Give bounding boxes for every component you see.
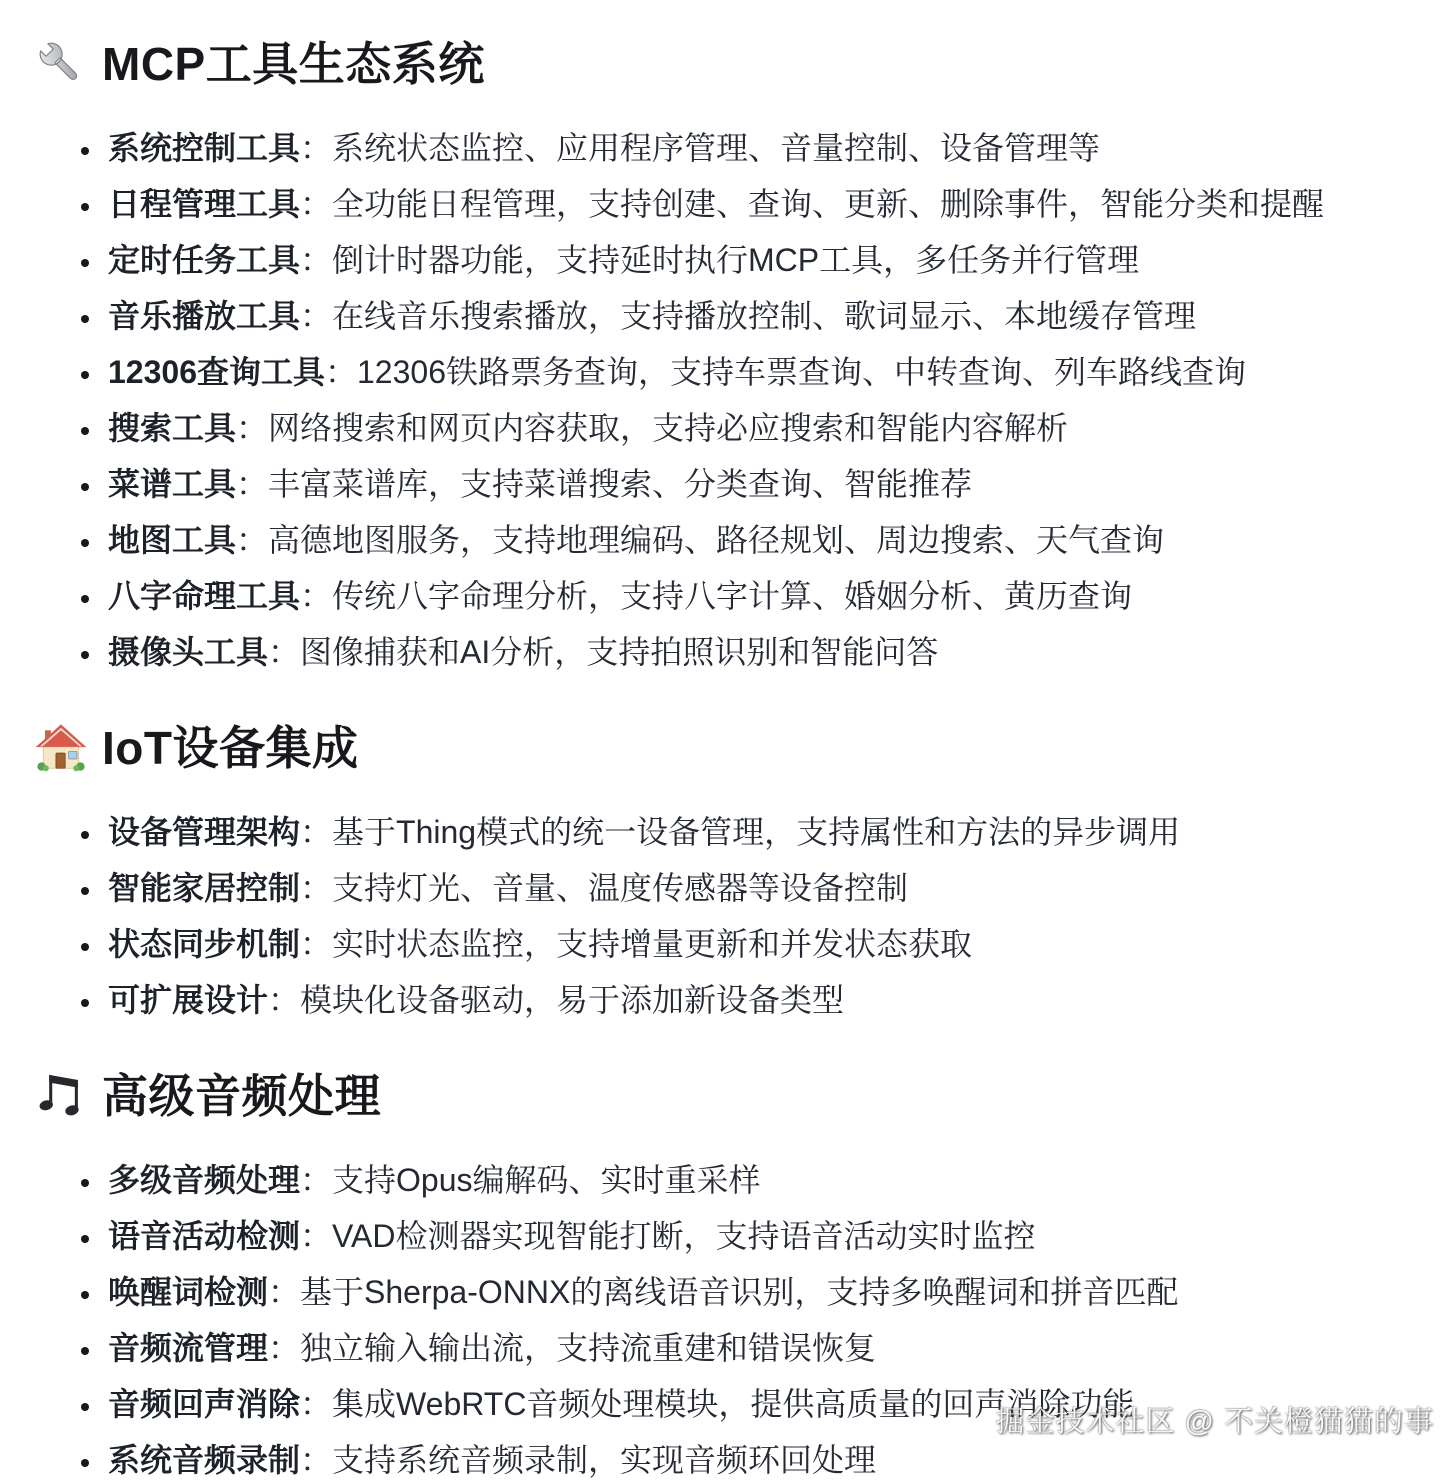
item-label: 音频流管理: [108, 1330, 268, 1366]
list-item: 系统控制工具：系统状态监控、应用程序管理、音量控制、设备管理等: [104, 120, 1400, 176]
list-item: 音乐播放工具：在线音乐搜索播放，支持播放控制、歌词显示、本地缓存管理: [104, 288, 1400, 344]
list-item: 可扩展设计：模块化设备驱动，易于添加新设备类型: [104, 972, 1400, 1028]
item-desc: ：全功能日程管理，支持创建、查询、更新、删除事件，智能分类和提醒: [300, 186, 1324, 222]
item-desc: ：VAD检测器实现智能打断，支持语音活动实时监控: [300, 1218, 1035, 1254]
section-title-text: MCP工具生态系统: [102, 36, 485, 92]
item-desc: ：图像捕获和AI分析，支持拍照识别和智能问答: [268, 634, 938, 670]
item-label: 搜索工具: [108, 410, 236, 446]
item-label: 多级音频处理: [108, 1162, 300, 1198]
wrench-icon: [34, 37, 88, 91]
list-item: 定时任务工具：倒计时器功能，支持延时执行MCP工具，多任务并行管理: [104, 232, 1400, 288]
item-label: 系统控制工具: [108, 130, 300, 166]
list-item: 八字命理工具：传统八字命理分析，支持八字计算、婚姻分析、黄历查询: [104, 568, 1400, 624]
item-label: 日程管理工具: [108, 186, 300, 222]
item-desc: ：系统状态监控、应用程序管理、音量控制、设备管理等: [300, 130, 1100, 166]
list-item: 状态同步机制：实时状态监控，支持增量更新和并发状态获取: [104, 916, 1400, 972]
item-desc: ：基于Sherpa-ONNX的离线语音识别，支持多唤醒词和拼音匹配: [268, 1274, 1178, 1310]
section-heading-audio: 高级音频处理: [34, 1068, 1400, 1124]
article-content: MCP工具生态系统 系统控制工具：系统状态监控、应用程序管理、音量控制、设备管理…: [0, 0, 1440, 1484]
item-label: 地图工具: [108, 522, 236, 558]
item-label: 唤醒词检测: [108, 1274, 268, 1310]
feature-list-iot: 设备管理架构：基于Thing模式的统一设备管理，支持属性和方法的异步调用 智能家…: [34, 804, 1400, 1028]
list-item: 设备管理架构：基于Thing模式的统一设备管理，支持属性和方法的异步调用: [104, 804, 1400, 860]
list-item: 语音活动检测：VAD检测器实现智能打断，支持语音活动实时监控: [104, 1208, 1400, 1264]
section-title-text: 高级音频处理: [102, 1068, 381, 1124]
house-icon: [34, 721, 88, 775]
item-label: 设备管理架构: [108, 814, 300, 850]
section-title-text: IoT设备集成: [102, 720, 358, 776]
list-item: 日程管理工具：全功能日程管理，支持创建、查询、更新、删除事件，智能分类和提醒: [104, 176, 1400, 232]
item-label: 八字命理工具: [108, 578, 300, 614]
list-item: 12306查询工具：12306铁路票务查询，支持车票查询、中转查询、列车路线查询: [104, 344, 1400, 400]
item-label: 12306查询工具: [108, 354, 325, 390]
item-label: 定时任务工具: [108, 242, 300, 278]
item-label: 摄像头工具: [108, 634, 268, 670]
item-desc: ：倒计时器功能，支持延时执行MCP工具，多任务并行管理: [300, 242, 1139, 278]
item-desc: ：丰富菜谱库，支持菜谱搜索、分类查询、智能推荐: [236, 466, 972, 502]
watermark: 掘金技术社区 @ 不关橙猫猫的事: [995, 1404, 1434, 1440]
section-mcp-tools: MCP工具生态系统 系统控制工具：系统状态监控、应用程序管理、音量控制、设备管理…: [34, 36, 1400, 680]
section-iot: IoT设备集成 设备管理架构：基于Thing模式的统一设备管理，支持属性和方法的…: [34, 720, 1400, 1028]
item-label: 状态同步机制: [108, 926, 300, 962]
list-item: 唤醒词检测：基于Sherpa-ONNX的离线语音识别，支持多唤醒词和拼音匹配: [104, 1264, 1400, 1320]
item-label: 可扩展设计: [108, 982, 268, 1018]
list-item: 音频流管理：独立输入输出流，支持流重建和错误恢复: [104, 1320, 1400, 1376]
item-desc: ：模块化设备驱动，易于添加新设备类型: [268, 982, 844, 1018]
item-label: 语音活动检测: [108, 1218, 300, 1254]
list-item: 菜谱工具：丰富菜谱库，支持菜谱搜索、分类查询、智能推荐: [104, 456, 1400, 512]
item-desc: ：支持系统音频录制，实现音频环回处理: [300, 1442, 876, 1478]
musical-notes-icon: [34, 1069, 88, 1123]
list-item: 摄像头工具：图像捕获和AI分析，支持拍照识别和智能问答: [104, 624, 1400, 680]
list-item: 智能家居控制：支持灯光、音量、温度传感器等设备控制: [104, 860, 1400, 916]
list-item: 多级音频处理：支持Opus编解码、实时重采样: [104, 1152, 1400, 1208]
item-label: 音乐播放工具: [108, 298, 300, 334]
item-desc: ：高德地图服务，支持地理编码、路径规划、周边搜索、天气查询: [236, 522, 1164, 558]
section-heading-mcp: MCP工具生态系统: [34, 36, 1400, 92]
feature-list-mcp: 系统控制工具：系统状态监控、应用程序管理、音量控制、设备管理等 日程管理工具：全…: [34, 120, 1400, 680]
item-label: 系统音频录制: [108, 1442, 300, 1478]
item-label: 智能家居控制: [108, 870, 300, 906]
item-desc: ：实时状态监控，支持增量更新和并发状态获取: [300, 926, 972, 962]
item-desc: ：基于Thing模式的统一设备管理，支持属性和方法的异步调用: [300, 814, 1180, 850]
item-desc: ：支持灯光、音量、温度传感器等设备控制: [300, 870, 908, 906]
section-heading-iot: IoT设备集成: [34, 720, 1400, 776]
item-desc: ：网络搜索和网页内容获取，支持必应搜索和智能内容解析: [236, 410, 1068, 446]
item-desc: ：12306铁路票务查询，支持车票查询、中转查询、列车路线查询: [325, 354, 1246, 390]
item-desc: ：独立输入输出流，支持流重建和错误恢复: [268, 1330, 876, 1366]
item-desc: ：传统八字命理分析，支持八字计算、婚姻分析、黄历查询: [300, 578, 1132, 614]
item-desc: ：在线音乐搜索播放，支持播放控制、歌词显示、本地缓存管理: [300, 298, 1196, 334]
item-desc: ：支持Opus编解码、实时重采样: [300, 1162, 761, 1198]
item-label: 菜谱工具: [108, 466, 236, 502]
item-label: 音频回声消除: [108, 1386, 300, 1422]
list-item: 搜索工具：网络搜索和网页内容获取，支持必应搜索和智能内容解析: [104, 400, 1400, 456]
list-item: 地图工具：高德地图服务，支持地理编码、路径规划、周边搜索、天气查询: [104, 512, 1400, 568]
